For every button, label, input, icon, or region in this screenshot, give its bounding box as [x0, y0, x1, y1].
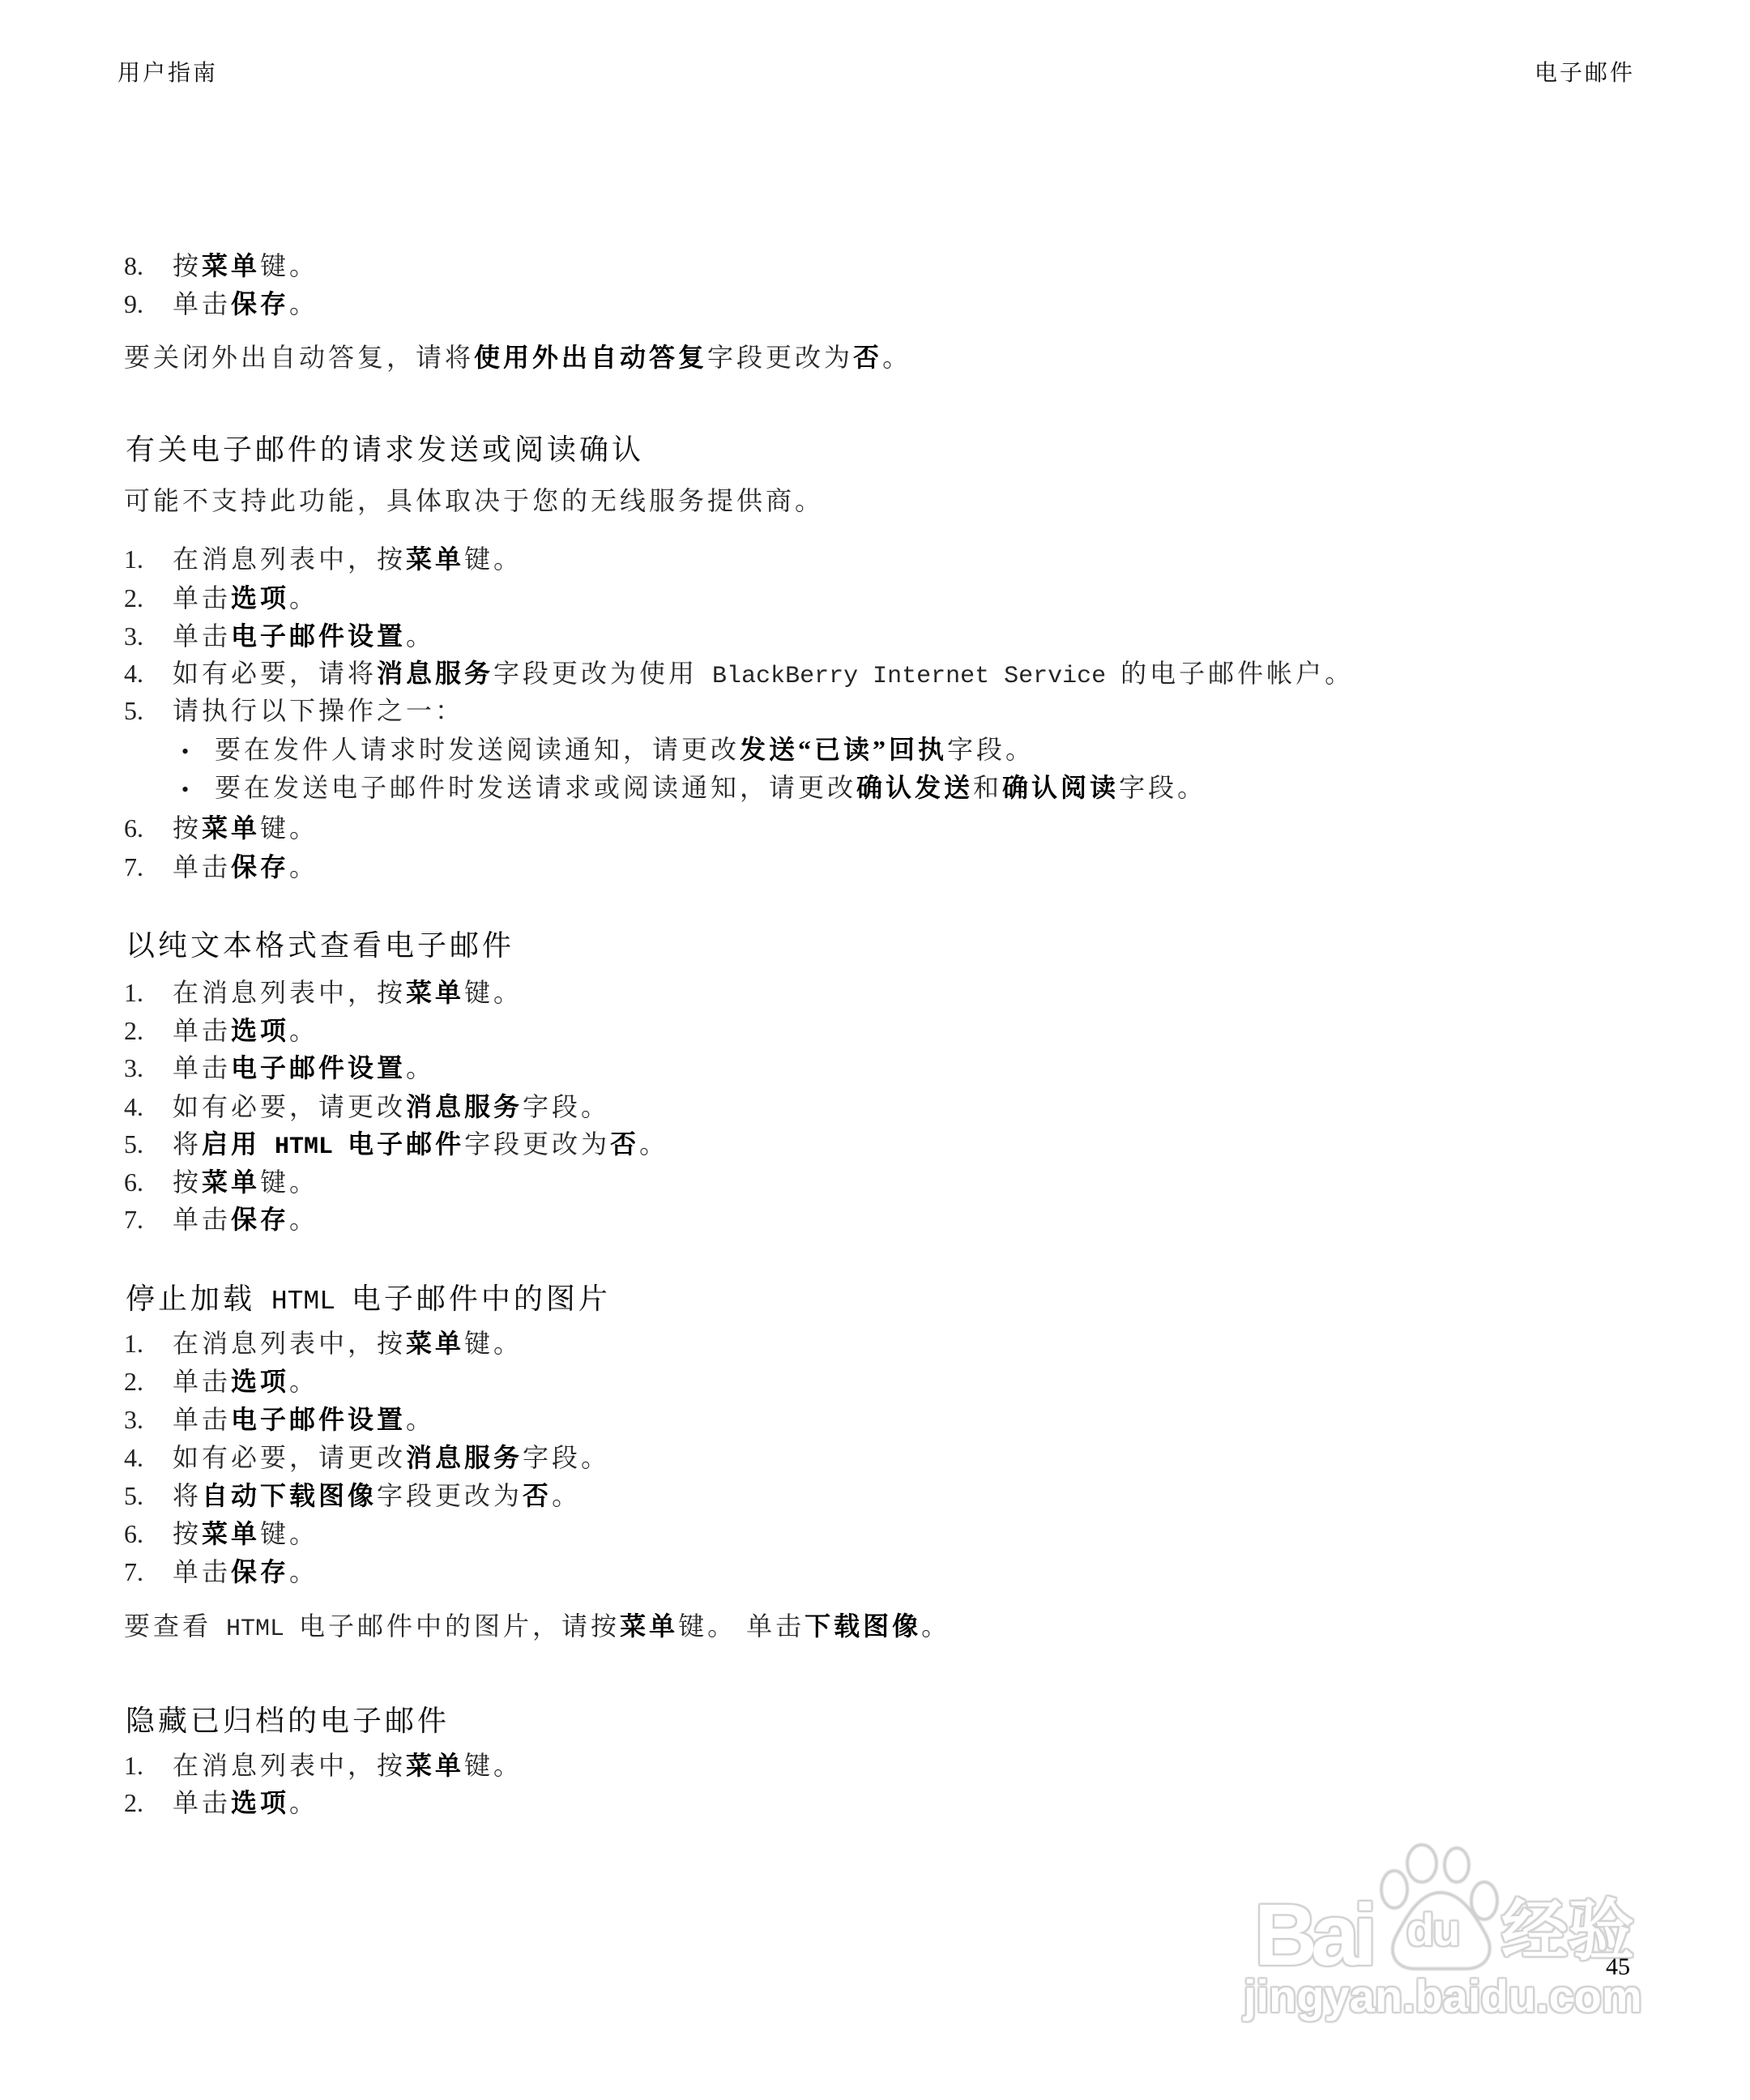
text-run: 单击	[173, 621, 231, 651]
watermark-brand: Bai	[1254, 1891, 1371, 1978]
page-number: 45	[1606, 1953, 1630, 1981]
watermark-brand-paw: du	[1406, 1907, 1458, 1953]
heading-text: 以纯文本格式查看电子邮件	[126, 929, 514, 962]
step-number: 2.	[124, 582, 173, 614]
bullet-icon: •	[181, 736, 215, 768]
text-run: 要关闭外出自动答复，请将	[124, 343, 474, 372]
text-run: 单击	[173, 1367, 231, 1396]
ui-term: 选项	[231, 1016, 289, 1045]
step-item: 1.在消息列表中，按菜单键。	[124, 1749, 523, 1782]
text-run: 。	[289, 1557, 318, 1586]
running-header-chapter: 电子邮件	[1534, 60, 1635, 87]
text-run: 。	[289, 289, 318, 318]
text-run: 键。	[260, 251, 318, 280]
product-name: BlackBerry Internet Service	[698, 663, 1120, 690]
ui-term: 自动下载图像	[202, 1481, 377, 1510]
text-run: 的电子邮件帐户。	[1120, 659, 1354, 688]
text-run: 字段更改为	[377, 1481, 523, 1510]
ui-term: 电子邮件设置	[231, 1405, 406, 1434]
ui-term: 启用	[202, 1129, 260, 1159]
step-item: 2.单击选项。	[124, 1014, 318, 1047]
step-number: 1.	[124, 976, 173, 1009]
text-run: 。	[289, 1016, 318, 1045]
text-run: 。	[882, 343, 911, 372]
text-run: 键。	[260, 813, 318, 843]
text-run: 。	[406, 1405, 435, 1434]
text-run: 。	[639, 1129, 668, 1159]
step-number: 6.	[124, 1166, 173, 1198]
section-heading: 以纯文本格式查看电子邮件	[126, 928, 514, 963]
paw-logo-icon	[1377, 1839, 1507, 1977]
bullet-icon: •	[181, 774, 215, 806]
text-run: 单击	[173, 1405, 231, 1434]
text-run: 字段。	[1119, 773, 1206, 802]
heading-text: 隐藏已归档的电子邮件	[126, 1705, 450, 1737]
step-item: 1.在消息列表中，按菜单键。	[124, 976, 523, 1009]
text-run: 电子邮件中的图片，请按	[299, 1611, 620, 1641]
text-run: 键。	[464, 1329, 523, 1358]
step-item: 9.单击保存。	[124, 288, 318, 320]
text-run: 如有必要，请将	[173, 659, 377, 688]
step-item: 3.单击电子邮件设置。	[124, 620, 435, 652]
ui-term: 菜单	[202, 1519, 260, 1548]
ui-term: 菜单	[406, 978, 464, 1007]
manual-page: 用户指南 电子邮件 8.按菜单键。 9.单击保存。 要关闭外出自动答复，请将使用…	[0, 0, 1750, 2100]
step-number: 7.	[124, 1203, 173, 1236]
step-number: 9.	[124, 288, 173, 320]
ui-term: 菜单	[406, 544, 464, 574]
step-item: 2.单击选项。	[124, 582, 318, 614]
heading-text: 电子邮件中的图片	[352, 1283, 611, 1315]
text-run: 。	[289, 852, 318, 881]
step-item: 5.将启用 HTML 电子邮件字段更改为否。	[124, 1128, 668, 1160]
step-item: 1.在消息列表中，按菜单键。	[124, 543, 523, 575]
text-run: 键。	[464, 1751, 523, 1780]
text-run: 键。 单击	[678, 1611, 805, 1641]
text-run: 如有必要，请更改	[173, 1443, 406, 1472]
text-run: 单击	[173, 289, 231, 318]
ui-term: 保存	[231, 852, 289, 881]
text-run: 按	[173, 1167, 202, 1197]
heading-text: HTML	[255, 1287, 352, 1317]
text-run: 和	[973, 773, 1002, 802]
text-run: 单击	[173, 1557, 231, 1586]
ui-term: 菜单	[202, 813, 260, 843]
step-item: 7.单击保存。	[124, 1556, 318, 1588]
step-item: 2.单击选项。	[124, 1786, 318, 1819]
step-item: 4.如有必要，请将消息服务字段更改为使用 BlackBerry Internet…	[124, 657, 1354, 689]
text-run: 。	[552, 1481, 581, 1510]
text-run: 要在发送电子邮件时发送请求或阅读通知，请更改	[215, 773, 856, 802]
text-run: 将	[173, 1481, 202, 1510]
ui-term: 下载图像	[805, 1611, 921, 1641]
step-number: 8.	[124, 250, 173, 282]
text-run: 字段。	[523, 1443, 610, 1472]
step-number: 1.	[124, 1749, 173, 1782]
ui-term: 电子邮件设置	[231, 621, 406, 651]
running-header-title: 用户指南	[117, 60, 218, 87]
text-run: 可能不支持此功能，具体取决于您的无线服务提供商。	[124, 486, 824, 515]
step-item: 3.单击电子邮件设置。	[124, 1403, 435, 1436]
ui-term: 使用外出自动答复	[474, 343, 707, 372]
text-run: 在消息列表中，按	[173, 978, 406, 1007]
step-item: 4.如有必要，请更改消息服务字段。	[124, 1091, 610, 1123]
text-run: 字段更改为	[464, 1129, 610, 1159]
bullet-item: •要在发件人请求时发送阅读通知，请更改发送“已读”回执字段。	[181, 733, 1035, 766]
section-heading: 停止加载 HTML 电子邮件中的图片	[126, 1281, 611, 1317]
text-run: 在消息列表中，按	[173, 544, 406, 574]
step-number: 5.	[124, 694, 173, 727]
text-run: 单击	[173, 1205, 231, 1234]
ui-term: 菜单	[620, 1611, 678, 1641]
ui-term: 发送“已读”回执	[740, 735, 947, 764]
step-item: 7.单击保存。	[124, 851, 318, 883]
note-paragraph: 要关闭外出自动答复，请将使用外出自动答复字段更改为否。	[124, 341, 911, 373]
bullet-item: •要在发送电子邮件时发送请求或阅读通知，请更改确认发送和确认阅读字段。	[181, 771, 1206, 804]
ui-term: 菜单	[406, 1329, 464, 1358]
step-number: 3.	[124, 1052, 173, 1084]
text-run: 在消息列表中，按	[173, 1751, 406, 1780]
ui-term: 消息服务	[406, 1092, 523, 1121]
ui-term: 电子邮件设置	[231, 1053, 406, 1082]
text-run: 单击	[173, 852, 231, 881]
text-run: 键。	[464, 544, 523, 574]
ui-term: 保存	[231, 289, 289, 318]
step-number: 3.	[124, 1403, 173, 1436]
step-number: 2.	[124, 1786, 173, 1819]
ui-term: 选项	[231, 583, 289, 612]
ui-term: 选项	[231, 1788, 289, 1817]
ui-term: 菜单	[406, 1751, 464, 1780]
text-run: 。	[289, 1205, 318, 1234]
step-number: 4.	[124, 1441, 173, 1474]
step-number: 2.	[124, 1365, 173, 1398]
text-run: 单击	[173, 1016, 231, 1045]
heading-text: 有关电子邮件的请求发送或阅读确认	[126, 433, 644, 466]
text-run: 字段。	[523, 1092, 610, 1121]
text-run: 单击	[173, 1053, 231, 1082]
ui-term: 否	[523, 1481, 552, 1510]
text-run: 要查看	[124, 1611, 211, 1641]
text-run: 在消息列表中，按	[173, 1329, 406, 1358]
text-run: 按	[173, 251, 202, 280]
ui-term: 消息服务	[406, 1443, 523, 1472]
ui-term: 选项	[231, 1367, 289, 1396]
section-heading: 隐藏已归档的电子邮件	[126, 1703, 450, 1739]
text-run: 键。	[260, 1167, 318, 1197]
ui-term: 保存	[231, 1557, 289, 1586]
ui-term: 菜单	[202, 1167, 260, 1197]
text-run: 键。	[464, 978, 523, 1007]
ui-term: 否	[610, 1129, 639, 1159]
watermark-url: jingyan.baidu.com	[1244, 1974, 1642, 2019]
text-run: 字段。	[947, 735, 1035, 764]
ui-term: 确认发送	[856, 773, 973, 802]
step-number: 7.	[124, 851, 173, 883]
ui-term: 否	[853, 343, 882, 372]
text-run: 请执行以下操作之一：	[173, 696, 464, 725]
step-number: 4.	[124, 657, 173, 689]
step-item: 3.单击电子邮件设置。	[124, 1052, 435, 1084]
step-item: 6.按菜单键。	[124, 1517, 318, 1550]
ui-term: 电子邮件	[348, 1129, 464, 1159]
step-number: 7.	[124, 1556, 173, 1588]
text-run: 键。	[260, 1519, 318, 1548]
step-number: 1.	[124, 543, 173, 575]
text-run: 单击	[173, 583, 231, 612]
text-run: 将	[173, 1129, 202, 1159]
text-run: 按	[173, 813, 202, 843]
text-run: 按	[173, 1519, 202, 1548]
step-item: 8.按菜单键。	[124, 250, 318, 282]
text-run: 。	[289, 583, 318, 612]
step-item: 1.在消息列表中，按菜单键。	[124, 1327, 523, 1359]
text-run: 字段更改为使用	[493, 659, 698, 688]
text-run: 字段更改为	[707, 343, 853, 372]
text-run: 。	[921, 1611, 950, 1641]
ui-term: 保存	[231, 1205, 289, 1234]
text-run: 。	[289, 1788, 318, 1817]
step-item: 6.按菜单键。	[124, 812, 318, 844]
note-paragraph: 要查看 HTML 电子邮件中的图片，请按菜单键。 单击下载图像。	[124, 1610, 950, 1642]
step-number: 6.	[124, 1517, 173, 1550]
step-item: 4.如有必要，请更改消息服务字段。	[124, 1441, 610, 1474]
ui-term: 菜单	[202, 251, 260, 280]
step-item: 6.按菜单键。	[124, 1166, 318, 1198]
step-number: 3.	[124, 620, 173, 652]
text-run: 。	[289, 1367, 318, 1396]
step-number: 6.	[124, 812, 173, 844]
step-number: 4.	[124, 1091, 173, 1123]
format-name: HTML	[211, 1616, 299, 1643]
text-run: 。	[406, 621, 435, 651]
text-run: 如有必要，请更改	[173, 1092, 406, 1121]
step-item: 5.将自动下载图像字段更改为否。	[124, 1479, 581, 1512]
ui-term: 确认阅读	[1002, 773, 1119, 802]
text-run: 。	[406, 1053, 435, 1082]
heading-text: 停止加载	[126, 1283, 255, 1315]
step-number: 5.	[124, 1128, 173, 1160]
text-run: 要在发件人请求时发送阅读通知，请更改	[215, 735, 740, 764]
step-item: 7.单击保存。	[124, 1203, 318, 1236]
step-item: 5.请执行以下操作之一：	[124, 694, 464, 727]
ui-term: HTML	[260, 1133, 348, 1161]
step-number: 2.	[124, 1014, 173, 1047]
step-number: 1.	[124, 1327, 173, 1359]
ui-term: 消息服务	[377, 659, 493, 688]
step-number: 5.	[124, 1479, 173, 1512]
section-heading: 有关电子邮件的请求发送或阅读确认	[126, 432, 644, 467]
text-run: 单击	[173, 1788, 231, 1817]
section-intro: 可能不支持此功能，具体取决于您的无线服务提供商。	[124, 484, 824, 517]
step-item: 2.单击选项。	[124, 1365, 318, 1398]
